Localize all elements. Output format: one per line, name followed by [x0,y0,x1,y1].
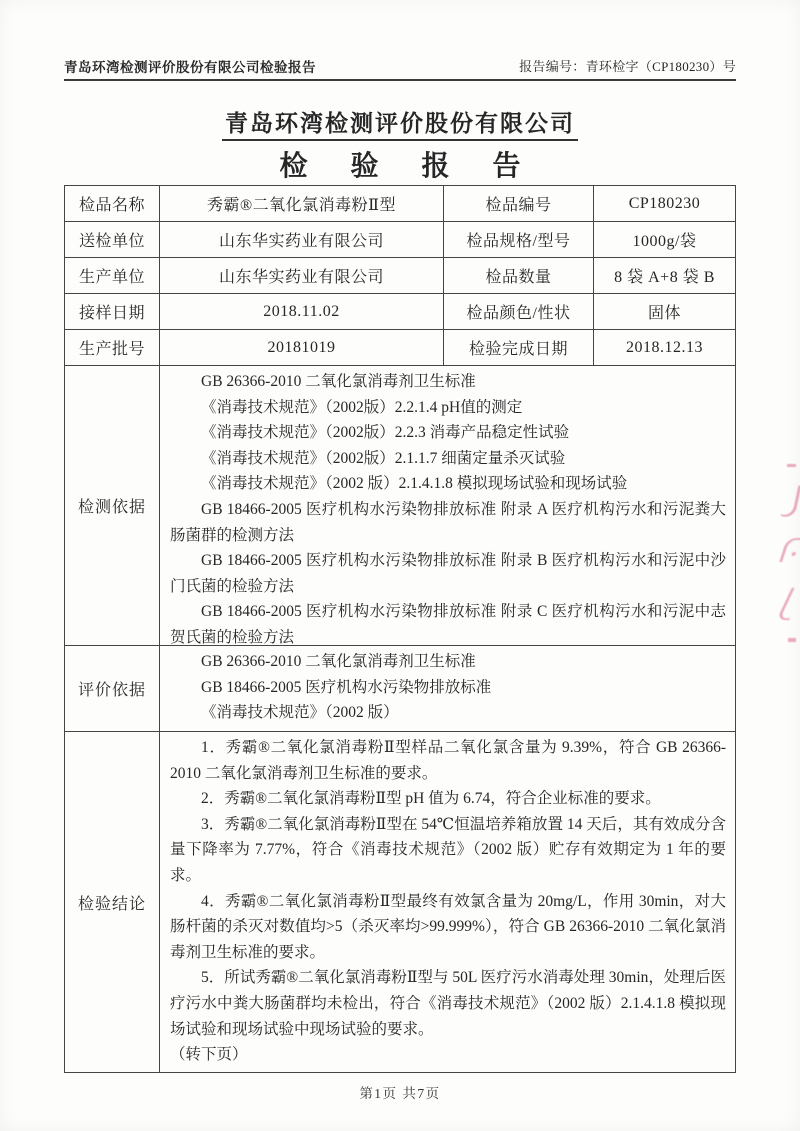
section-paragraph: GB 18466-2005 医疗机构水污染物排放标准 附录 A 医疗机构污水和污… [170,497,726,548]
row-label: 送检单位 [65,222,160,257]
section-paragraph: 1．秀霸®二氧化氯消毒粉Ⅱ型样品二氧化氯含量为 9.39%，符合 GB 2636… [170,735,726,786]
section-content: GB 26366-2010 二氧化氯消毒剂卫生标准GB 18466-2005 医… [160,646,735,731]
row-value: 1000g/袋 [594,222,735,257]
row-value: 山东华实药业有限公司 [160,258,444,293]
section-paragraph: 《消毒技术规范》（2002版）2.1.1.7 细菌定量杀灭试验 [170,446,726,472]
section-paragraph: GB 18466-2005 医疗机构水污染物排放标准 附录 C 医疗机构污水和污… [170,599,726,645]
section-paragraph: 4．秀霸®二氧化氯消毒粉Ⅱ型最终有效氯含量为 20mg/L，作用 30min，对… [170,889,726,966]
running-header-title: 青岛环湾检测评价股份有限公司检验报告 [64,56,316,76]
table-row: 送检单位山东华实药业有限公司检品规格/型号1000g/袋 [65,222,735,258]
running-header: 青岛环湾检测评价股份有限公司检验报告 报告编号：青环检字（CP180230）号 [64,56,736,81]
section-label: 检验结论 [65,732,160,1072]
row-label: 检品颜色/性状 [444,294,594,329]
section-row: 检验结论1．秀霸®二氧化氯消毒粉Ⅱ型样品二氧化氯含量为 9.39%，符合 GB … [65,732,735,1072]
section-label: 检测依据 [65,366,160,645]
stamp-stroke [787,464,796,467]
row-value: 20181019 [160,330,444,365]
stamp-stroke [779,538,800,562]
section-row: 检测依据GB 26366-2010 二氧化氯消毒剂卫生标准《消毒技术规范》（20… [65,366,735,646]
table-row: 生产批号20181019检验完成日期2018.12.13 [65,330,735,366]
table-row: 检品名称秀霸®二氧化氯消毒粉Ⅱ型检品编号CP180230 [65,186,735,222]
section-paragraph: 《消毒技术规范》（2002版）2.2.1.4 pH值的测定 [170,395,726,421]
stamp-stroke [788,638,796,642]
section-content: 1．秀霸®二氧化氯消毒粉Ⅱ型样品二氧化氯含量为 9.39%，符合 GB 2636… [160,732,735,1072]
row-value: CP180230 [594,186,735,221]
section-paragraph: （转下页） [170,1042,726,1068]
row-value: 山东华实药业有限公司 [160,222,444,257]
row-label: 检品编号 [444,186,594,221]
section-paragraph: 《消毒技术规范》（2002版）2.2.3 消毒产品稳定性试验 [170,420,726,446]
row-label: 生产单位 [65,258,160,293]
page-number: 第1页 共7页 [0,1082,800,1102]
row-label: 检品数量 [444,258,594,293]
row-value: 秀霸®二氧化氯消毒粉Ⅱ型 [160,186,444,221]
row-label: 生产批号 [65,330,160,365]
red-stamp-fragment-icon [781,462,799,657]
section-row: 评价依据GB 26366-2010 二氧化氯消毒剂卫生标准GB 18466-20… [65,646,735,732]
row-label: 检验完成日期 [444,330,594,365]
table-row: 接样日期2018.11.02检品颜色/性状固体 [65,294,735,330]
section-content: GB 26366-2010 二氧化氯消毒剂卫生标准《消毒技术规范》（2002版）… [160,366,735,645]
row-value: 8 袋 A+8 袋 B [594,258,735,293]
section-paragraph: 3．秀霸®二氧化氯消毒粉Ⅱ型在 54℃恒温培养箱放置 14 天后，其有效成分含量… [170,812,726,889]
section-paragraph: 5．所试秀霸®二氧化氯消毒粉Ⅱ型与 50L 医疗污水消毒处理 30min，处理后… [170,965,726,1042]
row-label: 检品规格/型号 [444,222,594,257]
report-title: 检 验 报 告 [0,144,800,184]
section-paragraph: 2．秀霸®二氧化氯消毒粉Ⅱ型 pH 值为 6.74，符合企业标准的要求。 [170,786,726,812]
company-title: 青岛环湾检测评价股份有限公司 [0,105,800,138]
section-paragraph: GB 26366-2010 二氧化氯消毒剂卫生标准 [170,369,726,395]
stamp-stroke [781,483,800,519]
table-row: 生产单位山东华实药业有限公司检品数量8 袋 A+8 袋 B [65,258,735,294]
row-value: 2018.12.13 [594,330,735,365]
section-paragraph: GB 18466-2005 医疗机构水污染物排放标准 附录 B 医疗机构污水和污… [170,548,726,599]
row-label: 接样日期 [65,294,160,329]
section-paragraph: GB 26366-2010 二氧化氯消毒剂卫生标准 [170,649,726,675]
report-page: 青岛环湾检测评价股份有限公司检验报告 报告编号：青环检字（CP180230）号 … [0,0,800,1131]
stamp-stroke [777,588,800,621]
section-label: 评价依据 [65,646,160,731]
row-value: 固体 [594,294,735,329]
section-paragraph: 《消毒技术规范》（2002 版） [170,700,726,726]
row-value: 2018.11.02 [160,294,444,329]
row-label: 检品名称 [65,186,160,221]
section-paragraph: GB 18466-2005 医疗机构水污染物排放标准 [170,675,726,701]
report-number: 报告编号：青环检字（CP180230）号 [519,56,736,76]
section-paragraph: 《消毒技术规范》（2002 版）2.1.4.1.8 模拟现场试验和现场试验 [170,471,726,497]
info-table: 检品名称秀霸®二氧化氯消毒粉Ⅱ型检品编号CP180230送检单位山东华实药业有限… [64,185,736,1073]
